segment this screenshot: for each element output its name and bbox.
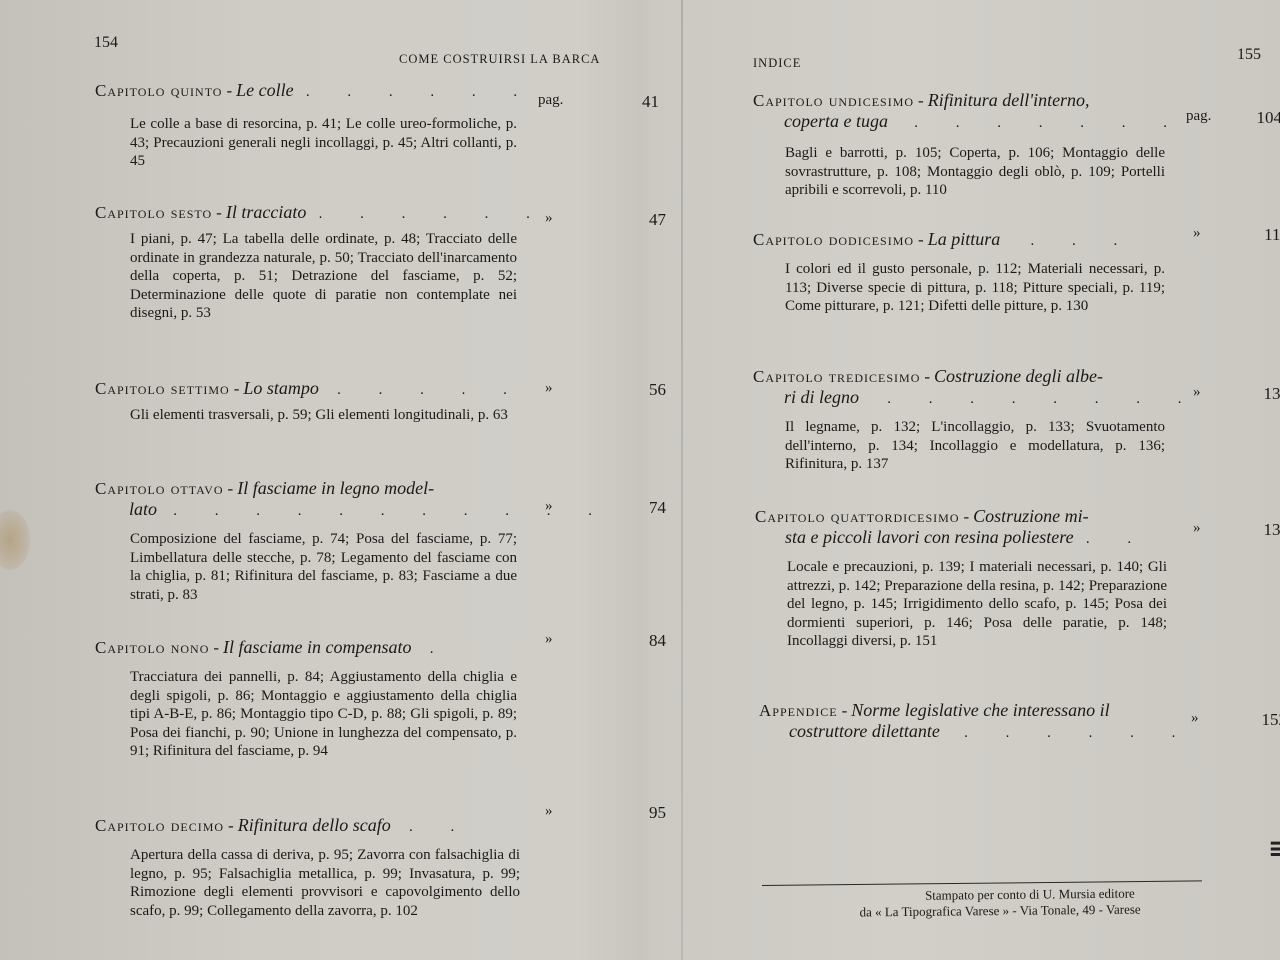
chapter-description: Le colle a base di resorcina, p. 41; Le … — [130, 115, 517, 171]
leader-dots: . . . . . . . — [914, 115, 1184, 131]
chapter-description: I colori ed il gusto personale, p. 112; … — [785, 260, 1165, 316]
page-marker: » — [1193, 384, 1201, 401]
page-number: 155 — [1237, 46, 1261, 64]
toc-entry: Capitolo quattordicesimo-Costruzione mi-… — [755, 506, 1275, 651]
toc-entry: Appendice-Norme legislative che interess… — [759, 700, 1279, 744]
chapter-title: Costruzione mi- — [973, 506, 1089, 526]
chapter-description: Composizione del fasciame, p. 74; Posa d… — [130, 530, 517, 604]
toc-entry: Capitolo settimo-Lo stampo . . . . . » 5… — [95, 378, 625, 425]
leader-dots: . . . . . . — [306, 84, 534, 100]
page-marker: pag. — [1186, 108, 1211, 125]
chapter-title: Il fasciame in compensato — [223, 637, 411, 657]
chapter-label: Capitolo nono — [95, 638, 209, 657]
chapter-title: Lo stampo — [243, 378, 319, 398]
chapter-title: Le colle — [236, 80, 293, 100]
leader-dots: . . . . . . . . . . . — [173, 503, 609, 519]
chapter-label: Capitolo sesto — [95, 203, 212, 222]
chapter-title-continuation: costruttore dilettante — [789, 721, 940, 741]
page-marker: » — [545, 210, 553, 227]
chapter-description: Apertura della cassa di deriva, p. 95; Z… — [130, 846, 520, 920]
chapter-label: Capitolo tredicesimo — [753, 367, 920, 386]
page-marker: » — [545, 380, 553, 397]
page-number: 154 — [94, 34, 118, 52]
chapter-title-continuation: ri di legno — [784, 387, 859, 407]
leader-dots: . — [430, 641, 451, 657]
toc-entry: Capitolo nono-Il fasciame in compensato … — [95, 637, 625, 761]
page-ref-number: 152 — [1221, 710, 1280, 730]
chapter-label: Appendice — [759, 701, 838, 720]
colophon-line-2: da « La Tipografica Varese » - Via Tonal… — [790, 901, 1210, 921]
page-ref-number: 132 — [1223, 384, 1280, 404]
page-ref-number: 41 — [593, 92, 659, 112]
page-marker: » — [545, 498, 553, 515]
chapter-title: Costruzione degli albe- — [934, 366, 1103, 386]
chapter-description: Locale e precauzioni, p. 139; I material… — [787, 558, 1167, 651]
chapter-title-continuation: sta e piccoli lavori con resina polieste… — [785, 527, 1074, 547]
chapter-title-continuation: coperta e tuga — [784, 111, 888, 131]
page-marker: » — [1191, 710, 1199, 727]
toc-entry: Capitolo quinto-Le colle . . . . . . pag… — [95, 80, 625, 171]
page-marker: » — [545, 631, 553, 648]
chapter-label: Capitolo settimo — [95, 379, 230, 398]
chapter-label: Capitolo quattordicesimo — [755, 507, 959, 526]
page-ref-number: 139 — [1223, 520, 1280, 540]
leader-dots: . . — [409, 819, 471, 835]
chapter-description: Tracciatura dei pannelli, p. 84; Aggiust… — [130, 668, 517, 761]
chapter-description: Gli elementi trasversali, p. 59; Gli ele… — [130, 406, 517, 425]
chapter-title: Il tracciato — [226, 202, 306, 222]
chapter-description: Bagli e barrotti, p. 105; Coperta, p. 10… — [785, 144, 1165, 200]
leader-dots: . . . . . . — [319, 206, 547, 222]
page-ref-number: 104 — [1221, 108, 1280, 128]
leader-dots: . . . . . . . . — [887, 391, 1198, 407]
colophon: Stampato per conto di U. Mursia editore … — [790, 885, 1210, 921]
page-marker: » — [545, 803, 553, 820]
toc-entry: Capitolo tredicesimo-Costruzione degli a… — [753, 366, 1273, 474]
chapter-title: Il fasciame in legno model- — [237, 478, 434, 498]
chapter-title: Rifinitura dell'interno, — [928, 90, 1090, 110]
toc-entry: Capitolo decimo-Rifinitura dello scafo .… — [95, 815, 625, 920]
chapter-label: Capitolo ottavo — [95, 479, 224, 498]
chapter-title: Rifinitura dello scafo — [238, 815, 391, 835]
page-ref-number: 56 — [575, 380, 666, 400]
leader-dots: . . — [1086, 531, 1148, 547]
toc-entry: Capitolo ottavo-Il fasciame in legno mod… — [95, 478, 625, 604]
chapter-label: Capitolo quinto — [95, 81, 222, 100]
leader-dots: . . . . . . — [964, 725, 1192, 741]
chapter-title: La pittura — [928, 229, 1001, 249]
right-page: INDICE 155 Capitolo undicesimo-Rifinitur… — [683, 0, 1280, 960]
leader-dots: . . . — [1031, 233, 1135, 249]
leader-dots: . . . . . — [337, 382, 524, 398]
chapter-label: Capitolo undicesimo — [753, 91, 914, 110]
page-ref-number: 112 — [1223, 225, 1280, 245]
left-page: 154 COME COSTRUIRSI LA BARCA Capitolo qu… — [0, 0, 680, 960]
page-ref-number: 84 — [575, 631, 666, 651]
page-marker: » — [1193, 520, 1201, 537]
page-marker: pag. — [538, 92, 563, 109]
page-ref-number: 95 — [575, 803, 666, 823]
toc-entry: Capitolo undicesimo-Rifinitura dell'inte… — [753, 90, 1273, 200]
running-head: INDICE — [753, 56, 801, 71]
chapter-label: Capitolo dodicesimo — [753, 230, 914, 249]
toc-entry: Capitolo dodicesimo-La pittura . . . » 1… — [753, 229, 1273, 316]
page-ref-number: 74 — [575, 498, 666, 518]
toc-entry: Capitolo sesto-Il tracciato . . . . . . … — [95, 202, 625, 323]
chapter-description: I piani, p. 47; La tabella delle ordinat… — [130, 230, 517, 323]
page-ref-number: 47 — [575, 210, 666, 230]
chapter-title: Norme legislative che interessano il — [851, 700, 1109, 720]
page-marker: » — [1193, 225, 1201, 242]
book-spread: ≡ 154 COME COSTRUIRSI LA BARCA Capitolo … — [0, 0, 1280, 960]
chapter-title-continuation: lato — [129, 499, 157, 519]
chapter-description: Il legname, p. 132; L'incollaggio, p. 13… — [785, 418, 1165, 474]
running-head: COME COSTRUIRSI LA BARCA — [399, 52, 600, 67]
chapter-label: Capitolo decimo — [95, 816, 224, 835]
